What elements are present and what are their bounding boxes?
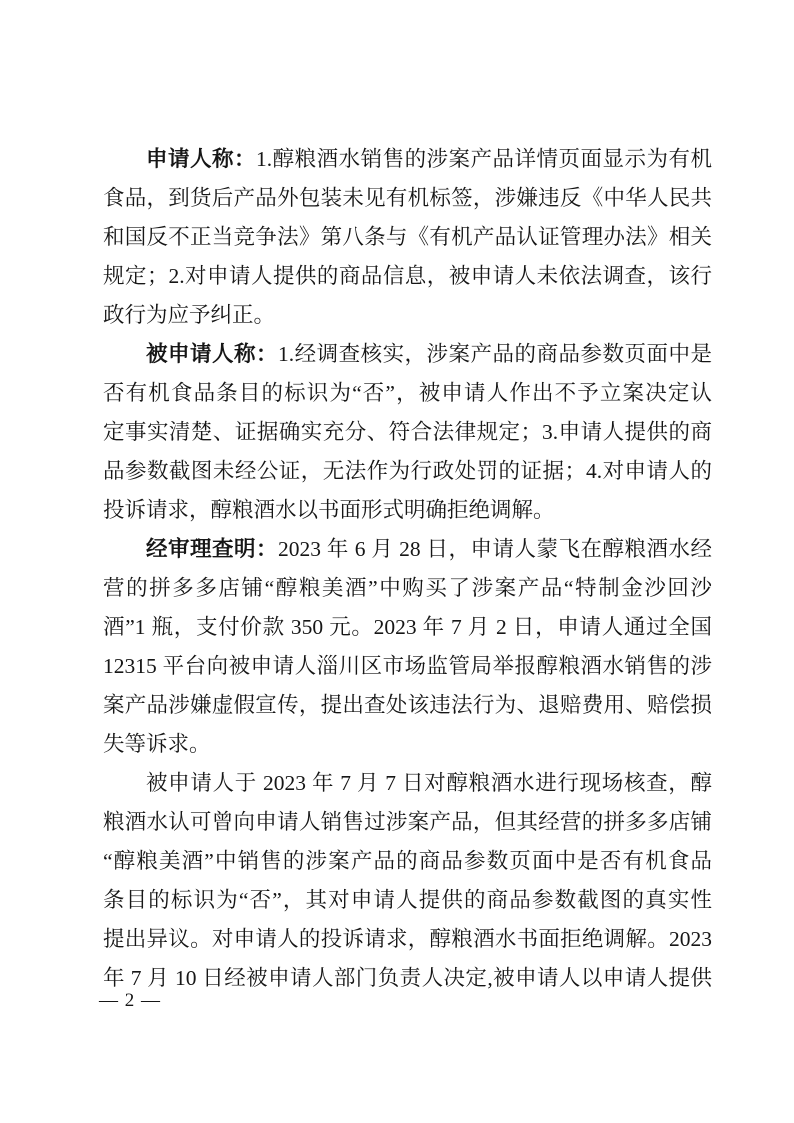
page-number: — 2 — (99, 989, 161, 1013)
paragraph-4-line-4: 条目的标识为“否”，其对申请人提供的商品参数截图的真实性 (103, 881, 712, 920)
paragraph-3-line-2: 营的拼多多店铺“醇粮美酒”中购买了涉案产品“特制金沙回沙 (103, 569, 712, 608)
paragraph-4-line-6: 年 7 月 10 日经被申请人部门负责人决定,被申请人以申请人提供 (103, 959, 712, 998)
paragraph-4-line-1-text: 被申请人于 2023 年 7 月 7 日对醇粮酒水进行现场核查，醇 (146, 771, 712, 795)
paragraph-1-lead: 申请人称： (146, 147, 256, 171)
paragraph-2-line-2: 否有机食品条目的标识为“否”，被申请人作出不予立案决定认 (103, 374, 712, 413)
paragraph-4-line-5: 提出异议。对申请人的投诉请求，醇粮酒水书面拒绝调解。2023 (103, 920, 712, 959)
paragraph-2-lead: 被申请人称： (146, 342, 278, 366)
paragraph-3-line-4: 12315 平台向被申请人淄川区市场监管局举报醇粮酒水销售的涉 (103, 647, 712, 686)
paragraph-1-line-1: 申请人称：1.醇粮酒水销售的涉案产品详情页面显示为有机 (103, 140, 712, 179)
document-body: 申请人称：1.醇粮酒水销售的涉案产品详情页面显示为有机 食品，到货后产品外包装未… (103, 140, 712, 998)
paragraph-1-line-4: 规定；2.对申请人提供的商品信息，被申请人未依法调查，该行 (103, 257, 712, 296)
paragraph-3-line-1-text: 2023 年 6 月 28 日，申请人蒙飞在醇粮酒水经 (278, 537, 712, 561)
paragraph-2-line-5: 投诉请求，醇粮酒水以书面形式明确拒绝调解。 (103, 491, 712, 530)
paragraph-1-line-1-text: 1.醇粮酒水销售的涉案产品详情页面显示为有机 (256, 147, 712, 171)
paragraph-1-line-2: 食品，到货后产品外包装未见有机标签，涉嫌违反《中华人民共 (103, 179, 712, 218)
paragraph-2-line-1: 被申请人称：1.经调查核实，涉案产品的商品参数页面中是 (103, 335, 712, 374)
paragraph-1-line-3: 和国反不正当竞争法》第八条与《有机产品认证管理办法》相关 (103, 218, 712, 257)
paragraph-3-line-1: 经审理查明：2023 年 6 月 28 日，申请人蒙飞在醇粮酒水经 (103, 530, 712, 569)
document-page: 申请人称：1.醇粮酒水销售的涉案产品详情页面显示为有机 食品，到货后产品外包装未… (0, 0, 794, 1123)
paragraph-2-line-4: 品参数截图未经公证，无法作为行政处罚的证据；4.对申请人的 (103, 452, 712, 491)
paragraph-2-line-3: 定事实清楚、证据确实充分、符合法律规定；3.申请人提供的商 (103, 413, 712, 452)
paragraph-4-line-1: 被申请人于 2023 年 7 月 7 日对醇粮酒水进行现场核查，醇 (103, 764, 712, 803)
paragraph-4-line-3: “醇粮美酒”中销售的涉案产品的商品参数页面中是否有机食品 (103, 842, 712, 881)
paragraph-3-line-5: 案产品涉嫌虚假宣传，提出查处该违法行为、退赔费用、赔偿损 (103, 686, 712, 725)
paragraph-3-lead: 经审理查明： (146, 537, 278, 561)
paragraph-2-line-1-text: 1.经调查核实，涉案产品的商品参数页面中是 (278, 342, 712, 366)
paragraph-3-line-3: 酒”1 瓶，支付价款 350 元。2023 年 7 月 2 日，申请人通过全国 (103, 608, 712, 647)
paragraph-3-line-6: 失等诉求。 (103, 725, 712, 764)
paragraph-4-line-2: 粮酒水认可曾向申请人销售过涉案产品，但其经营的拼多多店铺 (103, 803, 712, 842)
paragraph-1-line-5: 政行为应予纠正。 (103, 296, 712, 335)
